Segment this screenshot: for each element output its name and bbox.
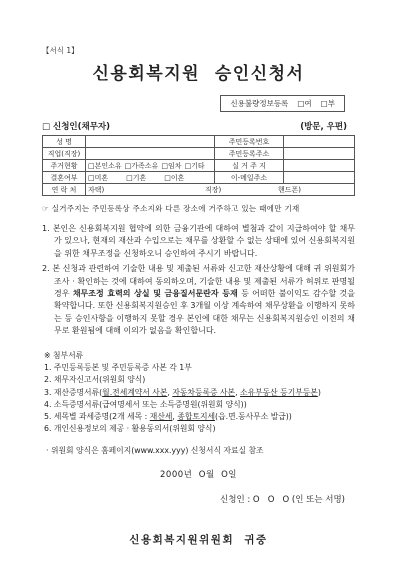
job-label: 직업(직장): [43, 148, 86, 160]
marital-options: □미혼 □기혼 □이혼: [88, 173, 212, 183]
name-label: 성 명: [43, 136, 86, 148]
form-page: 【서식 1】 신용회복지원 승인신청서 신용불량정보등록 □여 □부 □ 신청인…: [0, 0, 400, 565]
paragraph-1: 1. 본인은 신용회복지원 협약에 의한 금융기관에 대하여 별첨과 같이 지급…: [42, 223, 355, 260]
attachment-5-underline-land-tax: 종합토지세: [177, 412, 215, 421]
applicant-info-table: 성 명 주민등록번호 직업(직장) 주민등록주소 주거현황 □본인소유 □가족소…: [42, 135, 355, 196]
table-row: 주거현황 □본인소유 □가족소유 □임차 □기타 실 거 주 지: [43, 160, 355, 172]
job-input-cell[interactable]: [86, 148, 215, 160]
registration-checkbox-no[interactable]: □부: [321, 98, 335, 109]
paragraph-1-number: 1.: [42, 224, 50, 233]
email-input-cell[interactable]: [284, 172, 355, 184]
registration-label: 신용불량정보등록: [230, 98, 288, 109]
contact-label: 연 락 처: [43, 184, 86, 196]
housing-checkbox-rent[interactable]: □임차: [161, 161, 181, 171]
contact-input-cell[interactable]: 자택) 직장) 핸드폰): [86, 184, 355, 196]
registration-checkbox-yes[interactable]: □여: [297, 98, 311, 109]
registered-address-input-cell[interactable]: [284, 148, 355, 160]
contact-mobile-label[interactable]: 핸드폰): [278, 185, 352, 195]
fill-note: ☞ 실거주지는 주민등록상 주소지와 다른 장소에 거주하고 있는 때에만 기재: [42, 203, 355, 214]
contact-work-label[interactable]: 직장): [205, 185, 278, 195]
attachment-item-2: 2. 채무자신고서(위원회 양식): [44, 374, 355, 386]
marital-checkbox-single[interactable]: □미혼: [88, 173, 108, 183]
applicant-heading: □ 신청인(채무자): [42, 120, 110, 132]
housing-label: 주거현황: [43, 160, 86, 172]
marital-checkbox-divorced[interactable]: □이혼: [164, 173, 184, 183]
email-label: 이-메일주소: [215, 172, 284, 184]
attachment-item-6: 6. 개인신용정보의 제공 · 활용동의서(위원회 양식): [44, 423, 355, 435]
residence-label: 실 거 주 지: [215, 160, 284, 172]
attachment-item-4: 4. 소득증명서류(급여명세서 또는 소득증명원(위원회 양식)): [44, 399, 355, 411]
housing-checkbox-own[interactable]: □본인소유: [88, 161, 122, 171]
marital-label: 결혼여부: [43, 172, 86, 184]
table-row: 직업(직장) 주민등록주소: [43, 148, 355, 160]
name-input-cell[interactable]: [86, 136, 215, 148]
table-row: 결혼여부 □미혼 □기혼 □이혼 이-메일주소: [43, 172, 355, 184]
housing-checkbox-family[interactable]: □가족소유: [125, 161, 159, 171]
date-line: 2000년 O월 O일: [42, 468, 355, 480]
form-tag: 【서식 1】: [42, 45, 355, 56]
page-title: 신용회복지원 승인신청서: [42, 59, 355, 84]
table-row: 성 명 주민등록번호: [43, 136, 355, 148]
attachments-heading: ※ 첨부서류: [44, 350, 355, 362]
signer-line: 신청인 : O O O (인 또는 서명): [42, 493, 355, 505]
contact-home-label[interactable]: 자택): [88, 185, 205, 195]
attachment-item-1: 1. 주민등록등본 및 주민등록증 사본 각 1부: [44, 362, 355, 374]
committee-form-note: · 위원회 양식은 홈페이지(www.xxx.yyy) 신청서식 자료실 참조: [46, 445, 355, 456]
housing-checkbox-other[interactable]: □기타: [184, 161, 204, 171]
rrn-input-cell[interactable]: [284, 136, 355, 148]
registered-address-label: 주민등록주소: [215, 148, 284, 160]
paragraph-1-text: 본인은 신용회복지원 협약에 의한 금융기관에 대하여 별첨과 같이 지급하여야…: [53, 224, 355, 258]
marital-checkbox-married[interactable]: □기혼: [126, 173, 146, 183]
attachment-3-underline-car: 자동차등록증 사본: [172, 388, 235, 397]
table-row: 연 락 처 자택) 직장) 핸드폰): [43, 184, 355, 196]
attachment-3-underline-lease: 월.전세계약서 사본: [102, 388, 167, 397]
attachment-5-underline-property-tax: 재산세: [150, 412, 173, 421]
visit-mail-note: (방문, 우편): [300, 120, 355, 132]
credit-default-registration-box: 신용불량정보등록 □여 □부: [220, 95, 345, 112]
paragraph-2-bold-warning: 채무조정 효력의 상실 및 금융질서문란자 등재: [73, 289, 238, 298]
rrn-label: 주민등록번호: [215, 136, 284, 148]
attachments-section: ※ 첨부서류 1. 주민등록등본 및 주민등록증 사본 각 1부 2. 채무자신…: [44, 350, 355, 436]
recipient-line: 신용회복지원위원회 귀중: [42, 532, 355, 547]
attachment-item-5: 5. 세목별 과세증명(2개 세목 : 재산세, 종합토지세(읍.면.동사무소 …: [44, 411, 355, 423]
housing-options: □본인소유 □가족소유 □임차 □기타: [88, 161, 212, 171]
paragraph-2-number: 2.: [42, 264, 50, 273]
attachment-3-underline-realestate: 소유부동산 등기부등본: [240, 388, 318, 397]
attachment-item-3: 3. 재산증명서류(월.전세계약서 사본, 자동차등록증 사본, 소유부동산 등…: [44, 387, 355, 399]
applicant-section-header: □ 신청인(채무자) (방문, 우편): [42, 120, 355, 132]
residence-input-cell[interactable]: [284, 160, 355, 172]
paragraph-2: 2. 본 신청과 관련하여 기술한 내용 및 제출된 서류와 신고한 재산상황에…: [42, 263, 355, 337]
